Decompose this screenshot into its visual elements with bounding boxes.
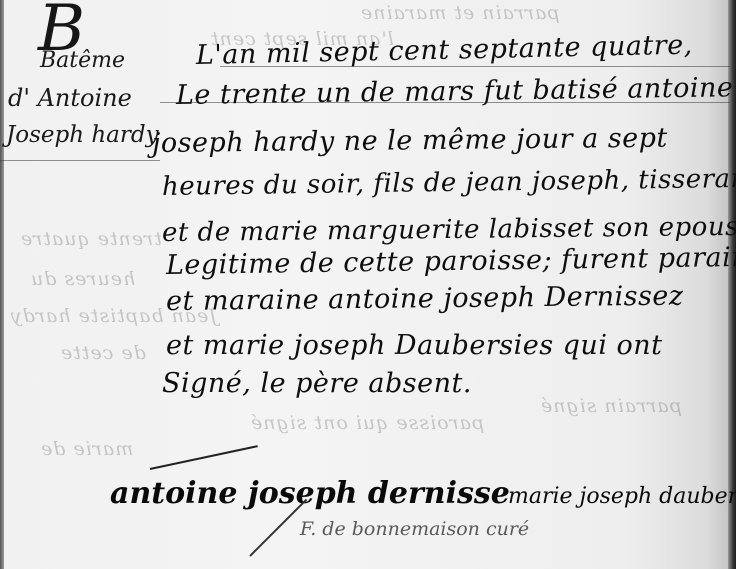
- entry-line: Signé, le père absent.: [162, 368, 472, 399]
- margin-note-line: Batême: [40, 48, 125, 73]
- margin-note-line: Joseph hardy: [6, 122, 159, 148]
- bleed-through-text: trente quatre: [20, 228, 162, 250]
- page-left-edge: [0, 0, 4, 569]
- bleed-through-text: parrain et maraine: [360, 2, 560, 24]
- margin-note-line: d' Antoine: [8, 84, 132, 112]
- bleed-through-text: heures du: [30, 268, 135, 290]
- entry-line: joseph hardy ne le même jour a sept: [152, 123, 668, 159]
- entry-line: Legitime de cette paroisse; furent parai…: [166, 242, 736, 281]
- entry-line: heures du soir, fils de jean joseph, tis…: [162, 164, 736, 202]
- bleed-through-text: parrain signé: [540, 395, 682, 417]
- ruled-line: [0, 160, 160, 161]
- signature-flourish: [150, 445, 258, 470]
- bleed-through-text: marie de: [40, 438, 133, 460]
- entry-line: et maraine antoine joseph Dernissez: [166, 281, 684, 317]
- bleed-through-text: de cette: [60, 342, 146, 364]
- signature-godmother: marie joseph daubersi: [508, 484, 736, 509]
- entry-line: Le trente un de mars fut batisé antoine: [176, 72, 734, 111]
- signature-godfather: antoine joseph dernisse: [110, 476, 510, 511]
- signature-priest: F. de bonnemaison curé: [300, 518, 529, 540]
- scanned-register-page: parrain et maraine l'an mil sept cent tr…: [0, 0, 736, 569]
- entry-line: et marie joseph Daubersies qui ont: [166, 330, 663, 361]
- bleed-through-text: paroisse qui ont signé: [250, 412, 484, 434]
